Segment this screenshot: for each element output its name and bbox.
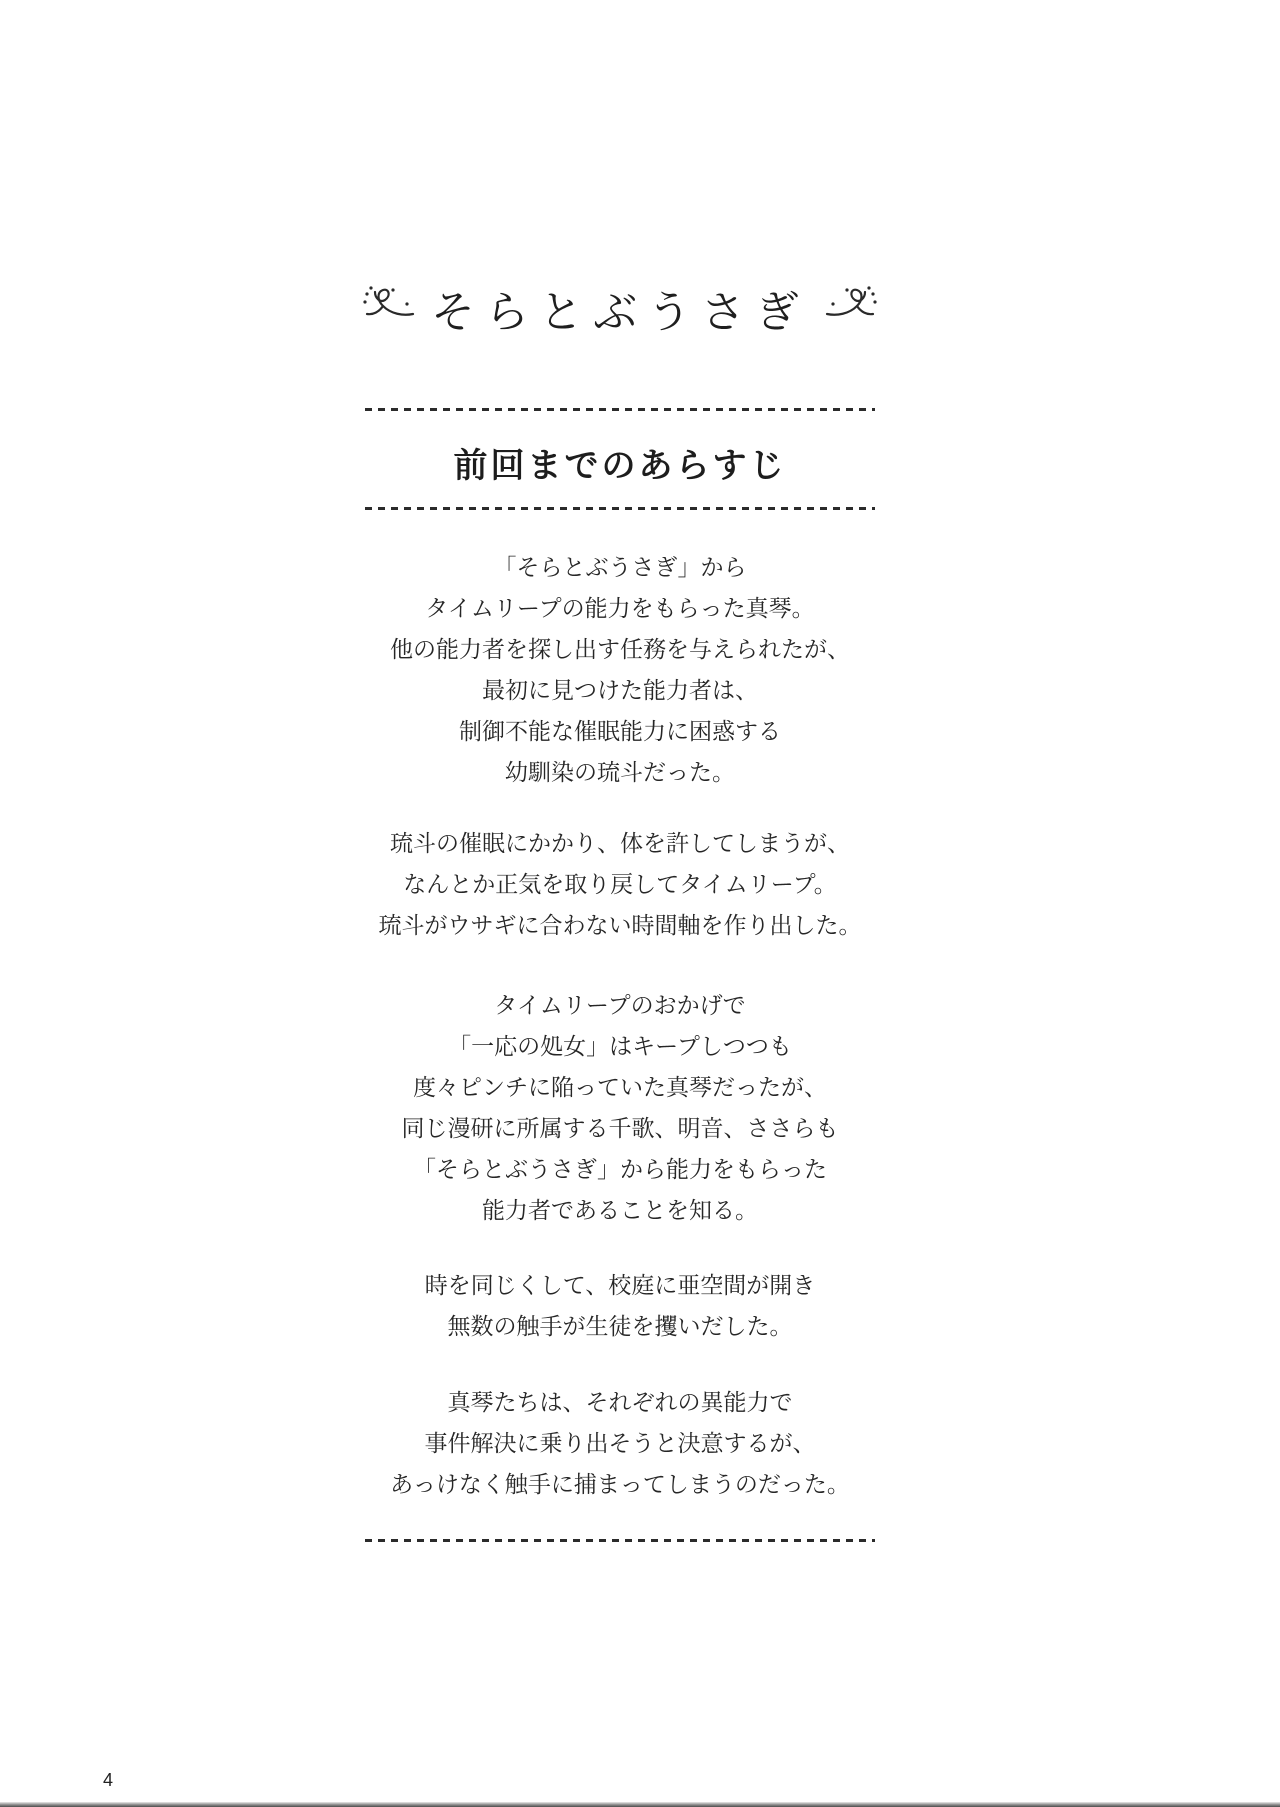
synopsis-line: 無数の触手が生徒を攫いだした。: [310, 1307, 930, 1348]
synopsis-line: 「一応の処女」はキープしつつも: [310, 1027, 930, 1068]
synopsis-line: 琉斗がウサギに合わない時間軸を作り出した。: [310, 906, 930, 947]
synopsis-line: 「そらとぶうさぎ」から: [310, 548, 930, 589]
leaf-flourish-left-icon: [363, 284, 415, 332]
title-row: そらとぶうさぎ: [310, 278, 930, 338]
dashed-divider-top: [365, 408, 875, 411]
synopsis-line: 事件解決に乗り出そうと決意するが、: [310, 1424, 930, 1465]
synopsis-line: 時を同じくして、校庭に亜空間が開き: [310, 1266, 930, 1307]
leaf-flourish-right-icon: [825, 284, 877, 332]
synopsis-line: 琉斗の催眠にかかり、体を許してしまうが、: [310, 824, 930, 865]
dashed-divider-bottom: [365, 1539, 875, 1542]
synopsis-paragraph: 琉斗の催眠にかかり、体を許してしまうが、 なんとか正気を取り戻してタイムリープ。…: [310, 824, 930, 947]
synopsis-line: タイムリープの能力をもらった真琴。: [310, 589, 930, 630]
synopsis-line: 制御不能な催眠能力に困惑する: [310, 712, 930, 753]
page-bottom-edge: [0, 1802, 1280, 1807]
book-page: そらとぶうさぎ 前回までのあらすじ: [0, 0, 1280, 1807]
synopsis-line: 最初に見つけた能力者は、: [310, 671, 930, 712]
book-title: そらとぶうさぎ: [431, 276, 809, 340]
synopsis-paragraph: 時を同じくして、校庭に亜空間が開き 無数の触手が生徒を攫いだした。: [310, 1266, 930, 1348]
synopsis-line: 度々ピンチに陥っていた真琴だったが、: [310, 1068, 930, 1109]
synopsis-paragraph: 真琴たちは、それぞれの異能力で 事件解決に乗り出そうと決意するが、 あっけなく触…: [310, 1383, 930, 1506]
synopsis-line: 能力者であることを知る。: [310, 1191, 930, 1232]
synopsis-line: 「そらとぶうさぎ」から能力をもらった: [310, 1150, 930, 1191]
synopsis-line: あっけなく触手に捕まってしまうのだった。: [310, 1465, 930, 1506]
page-content: そらとぶうさぎ 前回までのあらすじ: [310, 0, 930, 1542]
synopsis-line: 幼馴染の琉斗だった。: [310, 753, 930, 794]
synopsis-line: 同じ漫研に所属する千歌、明音、ささらも: [310, 1109, 930, 1150]
synopsis-line: 真琴たちは、それぞれの異能力で: [310, 1383, 930, 1424]
synopsis-line: タイムリープのおかげで: [310, 986, 930, 1027]
synopsis-paragraph: 「そらとぶうさぎ」から タイムリープの能力をもらった真琴。 他の能力者を探し出す…: [310, 548, 930, 794]
dashed-divider-middle: [365, 507, 875, 510]
section-heading: 前回までのあらすじ: [310, 441, 930, 491]
synopsis-line: 他の能力者を探し出す任務を与えられたが、: [310, 630, 930, 671]
synopsis-line: なんとか正気を取り戻してタイムリープ。: [310, 865, 930, 906]
synopsis: 「そらとぶうさぎ」から タイムリープの能力をもらった真琴。 他の能力者を探し出す…: [310, 548, 930, 1506]
synopsis-paragraph: タイムリープのおかげで 「一応の処女」はキープしつつも 度々ピンチに陥っていた真…: [310, 986, 930, 1232]
page-number: 4: [103, 1770, 113, 1791]
